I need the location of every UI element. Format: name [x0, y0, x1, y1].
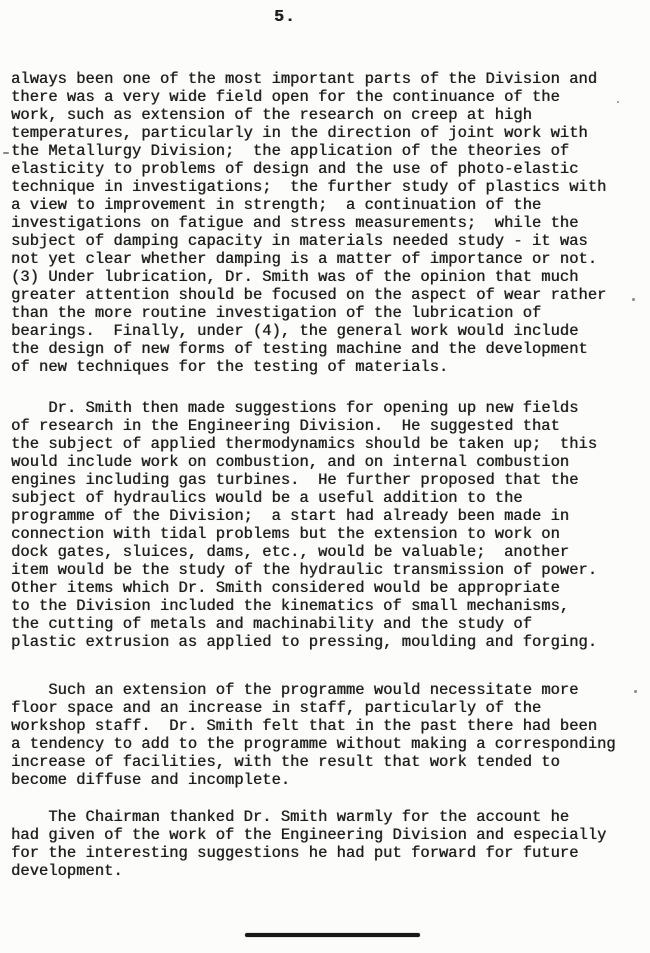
scan-speck: [3, 152, 9, 154]
document-body: always been one of the most important pa…: [11, 70, 639, 880]
scan-speck: [632, 298, 635, 301]
end-of-text-rule: [245, 933, 420, 937]
scan-speck: [634, 690, 637, 693]
scan-speck: [617, 101, 619, 103]
page-number: 5.: [274, 7, 296, 26]
paragraph-continuation-engineering-programme: always been one of the most important pa…: [11, 70, 639, 376]
paragraph-chairman-thanks: The Chairman thanked Dr. Smith warmly fo…: [11, 808, 639, 880]
paragraph-new-fields-of-research: Dr. Smith then made suggestions for open…: [11, 399, 639, 651]
paragraph-extension-of-programme: Such an extension of the programme would…: [11, 681, 639, 789]
scanned-document-page: 5. always been one of the most important…: [0, 0, 650, 953]
